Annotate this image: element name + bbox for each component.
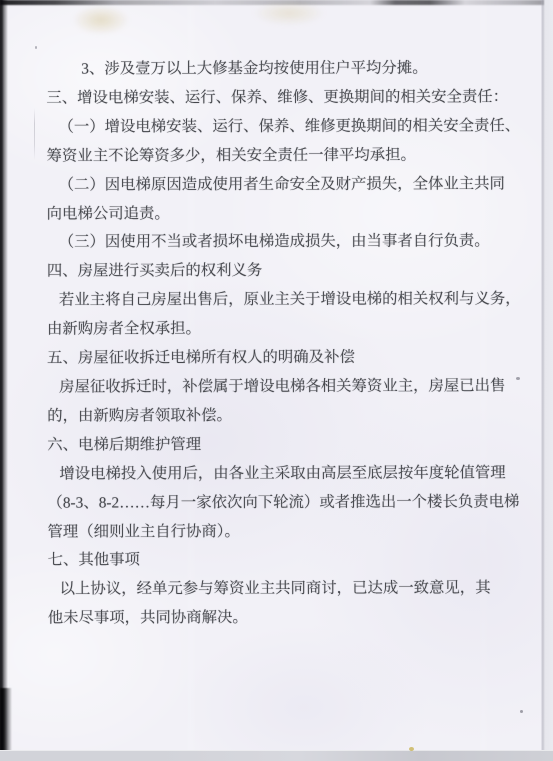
scanned-document-page: 3、涉及壹万以上大修基金均按使用住户平均分摊。三、增设电梯安装、运行、保养、维修…	[0, 0, 553, 761]
text-line: （三）因使用不当或者损坏电梯造成损失，由当事者自行负责。	[47, 228, 519, 258]
text-line: （8-3、8-2……每月一家依次向下轮流）或者推选出一个楼长负责电梯	[47, 488, 519, 518]
text-line: 增设电梯投入使用后，由各业主采取由高层至底层按年度轮值管理	[47, 459, 519, 489]
text-line: 房屋征收拆迁时，补偿属于增设电梯各相关筹资业主，房屋已出售	[47, 372, 519, 402]
document-text: 3、涉及壹万以上大修基金均按使用住户平均分摊。三、增设电梯安装、运行、保养、维修…	[46, 54, 520, 633]
text-line: 若业主将自己房屋出售后，原业主关于增设电梯的相关权利与义务，	[47, 286, 519, 316]
paper-speck	[409, 747, 414, 751]
text-line: 三、增设电梯安装、运行、保养、维修、更换期间的相关安全责任：	[46, 83, 518, 113]
scan-background-bottom	[0, 750, 553, 761]
paper-stain	[252, 0, 326, 26]
text-line: 向电梯公司追责。	[47, 199, 519, 229]
paper-right-edge	[541, 0, 553, 761]
text-line: （一）增设电梯安装、运行、保养、维修更换期间的相关安全责任、	[46, 112, 518, 142]
text-line: 六、电梯后期维护管理	[47, 430, 519, 460]
text-line: 的，由新购房者领取补偿。	[47, 401, 519, 431]
text-line: 3、涉及壹万以上大修基金均按使用住户平均分摊。	[46, 54, 518, 84]
text-line: 五、房屋征收拆迁电梯所有权人的明确及补偿	[47, 343, 519, 373]
paper-stain	[72, 5, 130, 35]
text-line: 七、其他事项	[48, 546, 520, 576]
text-line: 管理（细则业主自行协商）。	[47, 517, 519, 547]
text-line: 筹资业主不论筹资多少，相关安全责任一律平均承担。	[46, 141, 518, 171]
paper-scratch	[34, 108, 35, 160]
text-line: （二）因电梯原因造成使用者生命安全及财产损失，全体业主共同	[47, 170, 519, 200]
text-line: 他未尽事项，共同协商解决。	[48, 604, 520, 634]
text-line: 由新购房者全权承担。	[47, 315, 519, 345]
text-line: 四、房屋进行买卖后的权利义务	[47, 257, 519, 287]
paper-speck	[520, 710, 523, 713]
paper-speck	[35, 46, 37, 49]
text-line: 以上协议，经单元参与筹资业主共同商讨，已达成一致意见，其	[48, 575, 520, 605]
scan-edge-left	[0, 0, 8, 761]
paper-speck	[516, 377, 520, 380]
